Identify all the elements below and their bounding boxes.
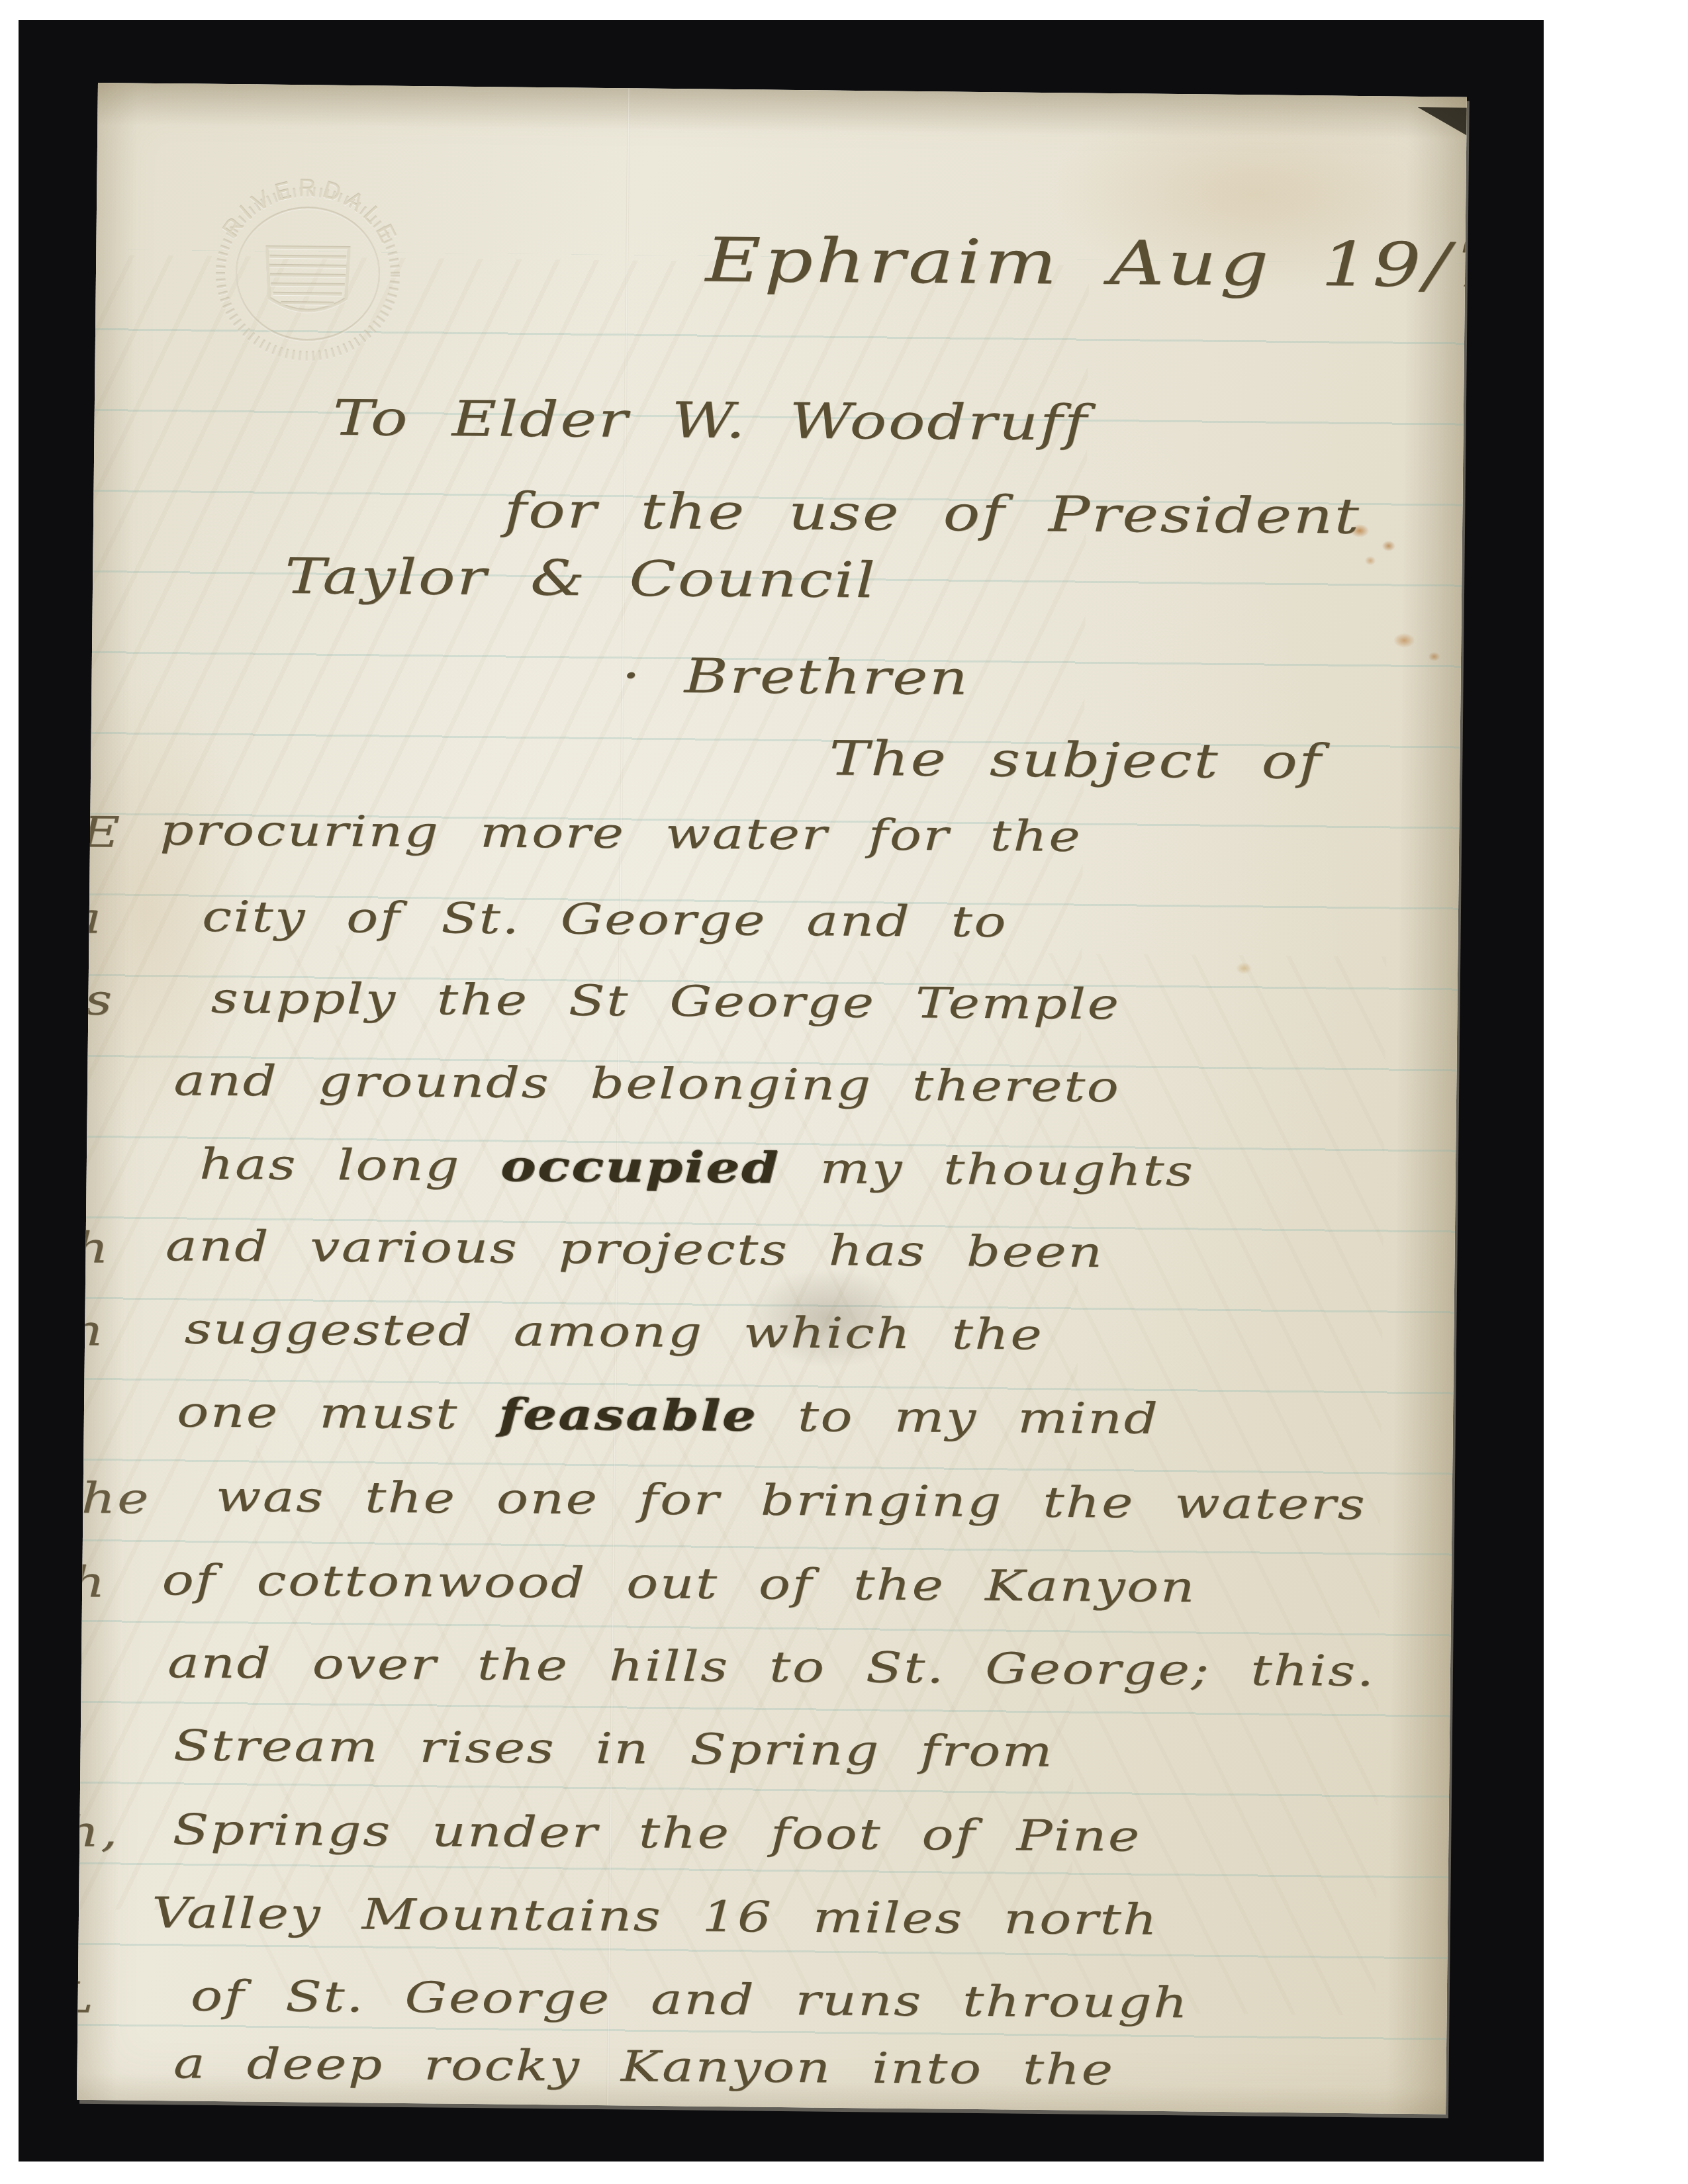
handwriting-lines: Ephraim Aug 19/78 j To Elder W. Woodruff… [77, 83, 1467, 2114]
handwriting-line: is supply the St George Temple [211, 974, 1121, 1030]
cut-margin-stroke: E [81, 808, 121, 857]
handwriting-line: Taylor & Council [285, 548, 877, 609]
handwriting-line: Stream rises in Spring from [173, 1721, 1054, 1776]
blotted-word: feasable [498, 1390, 758, 1441]
handwriting-text: Valley Mountains 16 miles north [152, 1889, 1158, 1945]
handwriting-line: for the use of President [504, 482, 1360, 545]
handwriting-line: a city of St. George and to [202, 893, 1008, 947]
handwriting-line: E procuring more water for the [160, 806, 1082, 862]
handwriting-text: Stream rises in Spring from [173, 1721, 1054, 1776]
handwriting-line: and grounds belonging thereto [173, 1056, 1120, 1112]
handwriting-line: Valley Mountains 16 miles north [152, 1889, 1158, 1945]
cut-margin-stroke: h [77, 1558, 107, 1607]
handwriting-text: one must feasable to my mind [177, 1388, 1159, 1443]
handwriting-text: suggested among which the [184, 1304, 1043, 1359]
handwriting-line: a deep rocky Kanyon into the [173, 2039, 1115, 2095]
handwriting-text: of cottonwood out of the Kanyon [162, 1556, 1196, 1612]
scanner-background: RIVERDALE Ephraim Aug 19/78 j To Elder W… [19, 20, 1544, 2161]
handwriting-text: a deep rocky Kanyon into the [173, 2039, 1115, 2095]
handwriting-text: of St. George and runs through [191, 1972, 1189, 2028]
handwriting-text: Springs under the foot of Pine [172, 1805, 1141, 1861]
handwriting-text: was the one for bringing the waters [216, 1473, 1367, 1529]
handwriting-text: and over the hills to St. George; this. [167, 1639, 1376, 1696]
handwriting-line: has long occupied my thoughts [199, 1140, 1195, 1196]
cut-margin-stroke: L [77, 1974, 95, 2023]
handwriting-text: and various projects has been [165, 1222, 1104, 1277]
handwriting-text: has long occupied my thoughts [199, 1140, 1195, 1196]
handwriting-text: supply the St George Temple [211, 974, 1121, 1030]
handwriting-text: To Elder W. Woodruff [333, 390, 1089, 452]
handwriting-line: The subject of [829, 731, 1323, 790]
letter-paper: RIVERDALE Ephraim Aug 19/78 j To Elder W… [77, 83, 1467, 2114]
cut-margin-stroke: a [77, 894, 103, 943]
handwriting-line: h and various projects has been [165, 1222, 1104, 1277]
handwriting-line: one must feasable to my mind [177, 1387, 1159, 1443]
cut-margin-stroke: h, [77, 1807, 119, 1857]
blotted-word: occupied [500, 1142, 780, 1193]
cut-margin-stroke: the [77, 1474, 150, 1524]
handwriting-line: the was the one for bringing the waters [216, 1473, 1367, 1529]
handwriting-text: and grounds belonging thereto [173, 1056, 1120, 1112]
handwriting-line: · Brethren [622, 647, 970, 705]
handwriting-text: The subject of [829, 731, 1323, 790]
handwriting-text: · Brethren [622, 647, 970, 705]
handwriting-line: L of St. George and runs through [191, 1972, 1189, 2028]
handwriting-text: for the use of President [504, 482, 1360, 545]
handwriting-line: n suggested among which the [184, 1304, 1043, 1359]
handwriting-line: h, Springs under the foot of Pine [172, 1805, 1141, 1861]
handwriting-text: Ephraim Aug 19/78 [705, 225, 1467, 302]
handwriting-line: j To Elder W. Woodruff [333, 390, 1089, 452]
handwriting-line: Ephraim Aug 19/78 [705, 225, 1467, 302]
handwriting-line: and over the hills to St. George; this. [167, 1639, 1376, 1696]
cut-margin-stroke: h [77, 1224, 110, 1273]
handwriting-text: Taylor & Council [285, 548, 877, 609]
handwriting-text: city of St. George and to [202, 893, 1008, 947]
cut-margin-stroke: is [77, 976, 114, 1024]
cut-margin-stroke: n [77, 1306, 105, 1355]
handwriting-line: h of cottonwood out of the Kanyon [162, 1556, 1196, 1612]
handwriting-text: procuring more water for the [160, 806, 1082, 862]
